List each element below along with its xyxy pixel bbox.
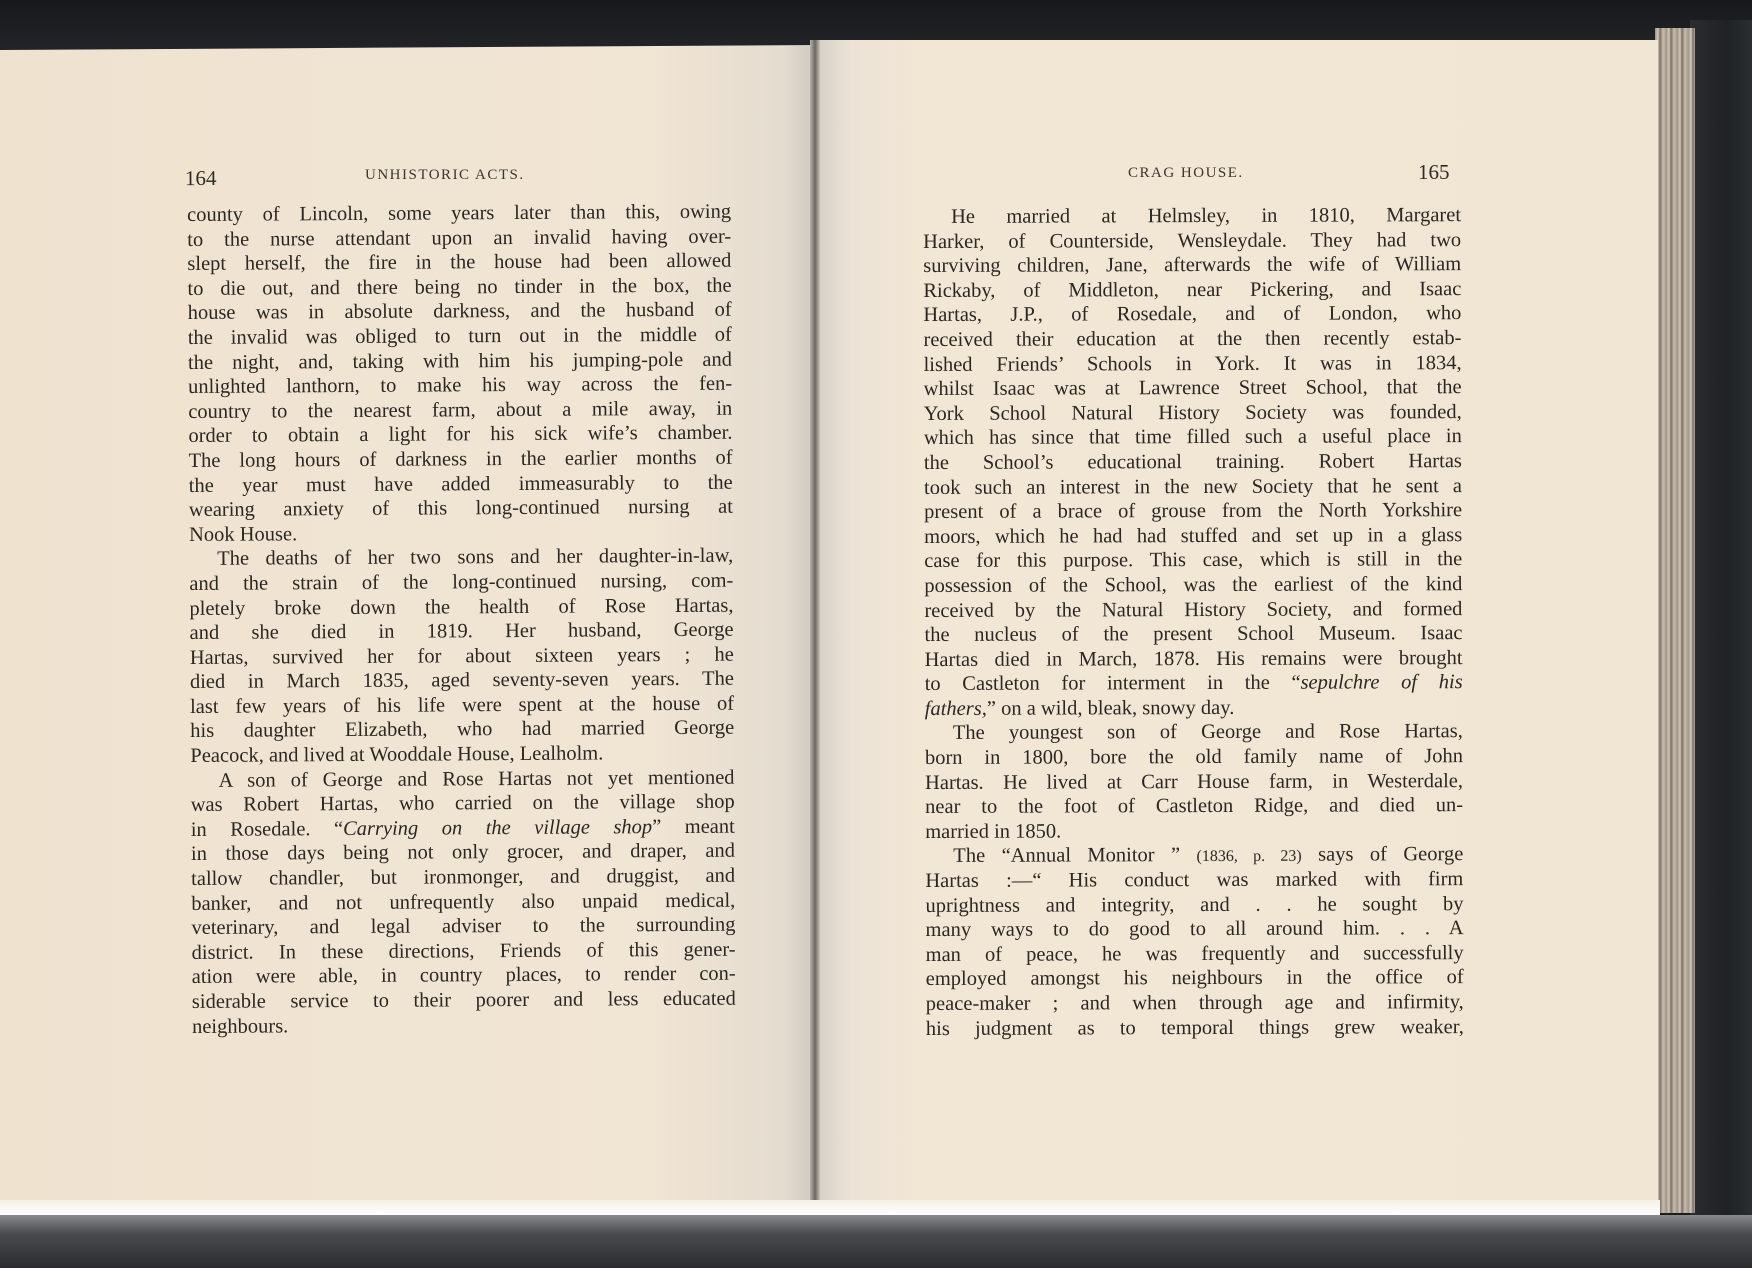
text-line: Harker, of Counterside, Wensleydale. The… bbox=[923, 228, 1461, 254]
text-line: took such an interest in the new Society… bbox=[924, 474, 1462, 500]
text-line: to the nurse attendant upon an invalid h… bbox=[187, 224, 731, 252]
text-line: the School’s educational training. Rober… bbox=[924, 449, 1462, 475]
text-line: Peacock, and lived at Wooddale House, Le… bbox=[190, 741, 734, 769]
text-line: peace-maker ; and when through age and i… bbox=[926, 990, 1464, 1016]
text-line: banker, and not unfrequently also unpaid… bbox=[191, 888, 735, 916]
text-line: slept herself, the fire in the house had… bbox=[187, 249, 731, 277]
text-line: uprightness and integrity, and . . he so… bbox=[925, 892, 1463, 918]
text-line: He married at Helmsley, in 1810, Margare… bbox=[923, 203, 1461, 229]
running-head-left: UNHISTORIC ACTS. bbox=[365, 167, 525, 184]
text-line: The deaths of her two sons and her daugh… bbox=[189, 544, 733, 572]
text-line: and she died in 1819. Her husband, Georg… bbox=[190, 618, 734, 646]
text-line: married in 1850. bbox=[925, 818, 1463, 844]
text-line: died in March 1835, aged seventy-seven y… bbox=[190, 667, 734, 695]
text-line: Rickaby, of Middleton, near Pickering, a… bbox=[923, 277, 1461, 303]
text-line: A son of George and Rose Hartas not yet … bbox=[190, 765, 734, 793]
text-line: possession of the School, was the earlie… bbox=[924, 572, 1462, 598]
text-line: neighbours. bbox=[192, 1011, 736, 1039]
text-line: moors, which he had had stuffed and set … bbox=[924, 523, 1462, 549]
text-line: many ways to do good to all around him. … bbox=[925, 916, 1463, 942]
text-line: the year must have added immeasurably to… bbox=[189, 470, 733, 498]
right-page-body: He married at Helmsley, in 1810, Margare… bbox=[923, 203, 1464, 1041]
text-line: near to the foot of Castleton Ridge, and… bbox=[925, 793, 1463, 819]
text-line: district. In these directions, Friends o… bbox=[192, 937, 736, 965]
text-line: ation were able, in country places, to r… bbox=[192, 962, 736, 990]
text-line: order to obtain a light for his sick wif… bbox=[188, 421, 732, 449]
text-line: last few years of his life were spent at… bbox=[190, 692, 734, 720]
text-line: veterinary, and legal adviser to the sur… bbox=[191, 913, 735, 941]
text-line: the invalid was obliged to turn out in t… bbox=[188, 323, 732, 351]
text-line: pletely broke down the health of Rose Ha… bbox=[189, 593, 733, 621]
text-line: employed amongst his neighbours in the o… bbox=[926, 966, 1464, 992]
text-line: wearing anxiety of this long-continued n… bbox=[189, 495, 733, 523]
text-line: his daughter Elizabeth, who had married … bbox=[190, 716, 734, 744]
text-line: lished Friends’ Schools in York. It was … bbox=[924, 351, 1462, 377]
scan-background-bottom bbox=[0, 1215, 1752, 1268]
text-line: Hartas, survived her for about sixteen y… bbox=[190, 642, 734, 670]
text-line: his judgment as to temporal things grew … bbox=[926, 1015, 1464, 1041]
italic-phrase: Carrying on the village shop bbox=[343, 816, 652, 840]
text-line: county of Lincoln, some years later than… bbox=[187, 200, 731, 228]
book-spine-gutter bbox=[810, 40, 820, 1220]
left-page-body: county of Lincoln, some years later than… bbox=[187, 200, 736, 1039]
page-edges bbox=[1655, 28, 1695, 1213]
text-line: surviving children, Jane, afterwards the… bbox=[923, 252, 1461, 278]
text-line: The long hours of darkness in the earlie… bbox=[189, 446, 733, 474]
text-line: received by the Natural History Society,… bbox=[924, 597, 1462, 623]
italic-phrase: sepulchre of his bbox=[1301, 671, 1463, 694]
text-line: fathers,” on a wild, bleak, snowy day. bbox=[925, 695, 1463, 721]
text-line: to Castleton for interment in the “sepul… bbox=[925, 670, 1463, 696]
italic-phrase: fathers, bbox=[925, 698, 987, 720]
text-line: The “Annual Monitor ” (1836, p. 23) says… bbox=[925, 843, 1463, 869]
text-line: in those days being not only grocer, and… bbox=[191, 839, 735, 867]
text-line: siderable service to their poorer and le… bbox=[192, 987, 736, 1015]
text-line: Hartas :—“ His conduct was marked with f… bbox=[925, 867, 1463, 893]
page-number-right: 165 bbox=[1418, 160, 1450, 185]
text-line: whilst Isaac was at Lawrence Street Scho… bbox=[924, 375, 1462, 401]
text-line: born in 1800, bore the old family name o… bbox=[925, 744, 1463, 770]
text-line: country to the nearest farm, about a mil… bbox=[188, 396, 732, 424]
text-line: case for this purpose. This case, which … bbox=[924, 547, 1462, 573]
text-line: man of peace, he was frequently and succ… bbox=[926, 941, 1464, 967]
text-line: house was in absolute darkness, and the … bbox=[188, 298, 732, 326]
text-line: which has since that time filled such a … bbox=[924, 424, 1462, 450]
text-line: to die out, and there being no tinder in… bbox=[187, 273, 731, 301]
book-cover-edge bbox=[1690, 20, 1752, 1220]
text-line: unlighted lanthorn, to make his way acro… bbox=[188, 372, 732, 400]
text-line: the nucleus of the present School Museum… bbox=[924, 621, 1462, 647]
text-line: the night, and, taking with him his jump… bbox=[188, 347, 732, 375]
text-line: Hartas died in March, 1878. His remains … bbox=[925, 646, 1463, 672]
page-number-left: 164 bbox=[185, 166, 217, 191]
text-line: and the strain of the long-continued nur… bbox=[189, 569, 733, 597]
text-line: present of a brace of grouse from the No… bbox=[924, 498, 1462, 524]
text-line: tallow chandler, but ironmonger, and dru… bbox=[191, 864, 735, 892]
text-line: in Rosedale. “Carrying on the village sh… bbox=[191, 815, 735, 843]
text-line: received their education at the then rec… bbox=[923, 326, 1461, 352]
text-line: York School Natural History Society was … bbox=[924, 400, 1462, 426]
text-line: was Robert Hartas, who carried on the vi… bbox=[191, 790, 735, 818]
citation: (1836, p. 23) bbox=[1196, 848, 1301, 865]
text-line: Hartas. He lived at Carr House farm, in … bbox=[925, 769, 1463, 795]
running-head-right: CRAG HOUSE. bbox=[1128, 165, 1244, 182]
text-line: Hartas, J.P., of Rosedale, and of London… bbox=[923, 301, 1461, 327]
text-line: Nook House. bbox=[189, 519, 733, 547]
text-line: The youngest son of George and Rose Hart… bbox=[925, 720, 1463, 746]
